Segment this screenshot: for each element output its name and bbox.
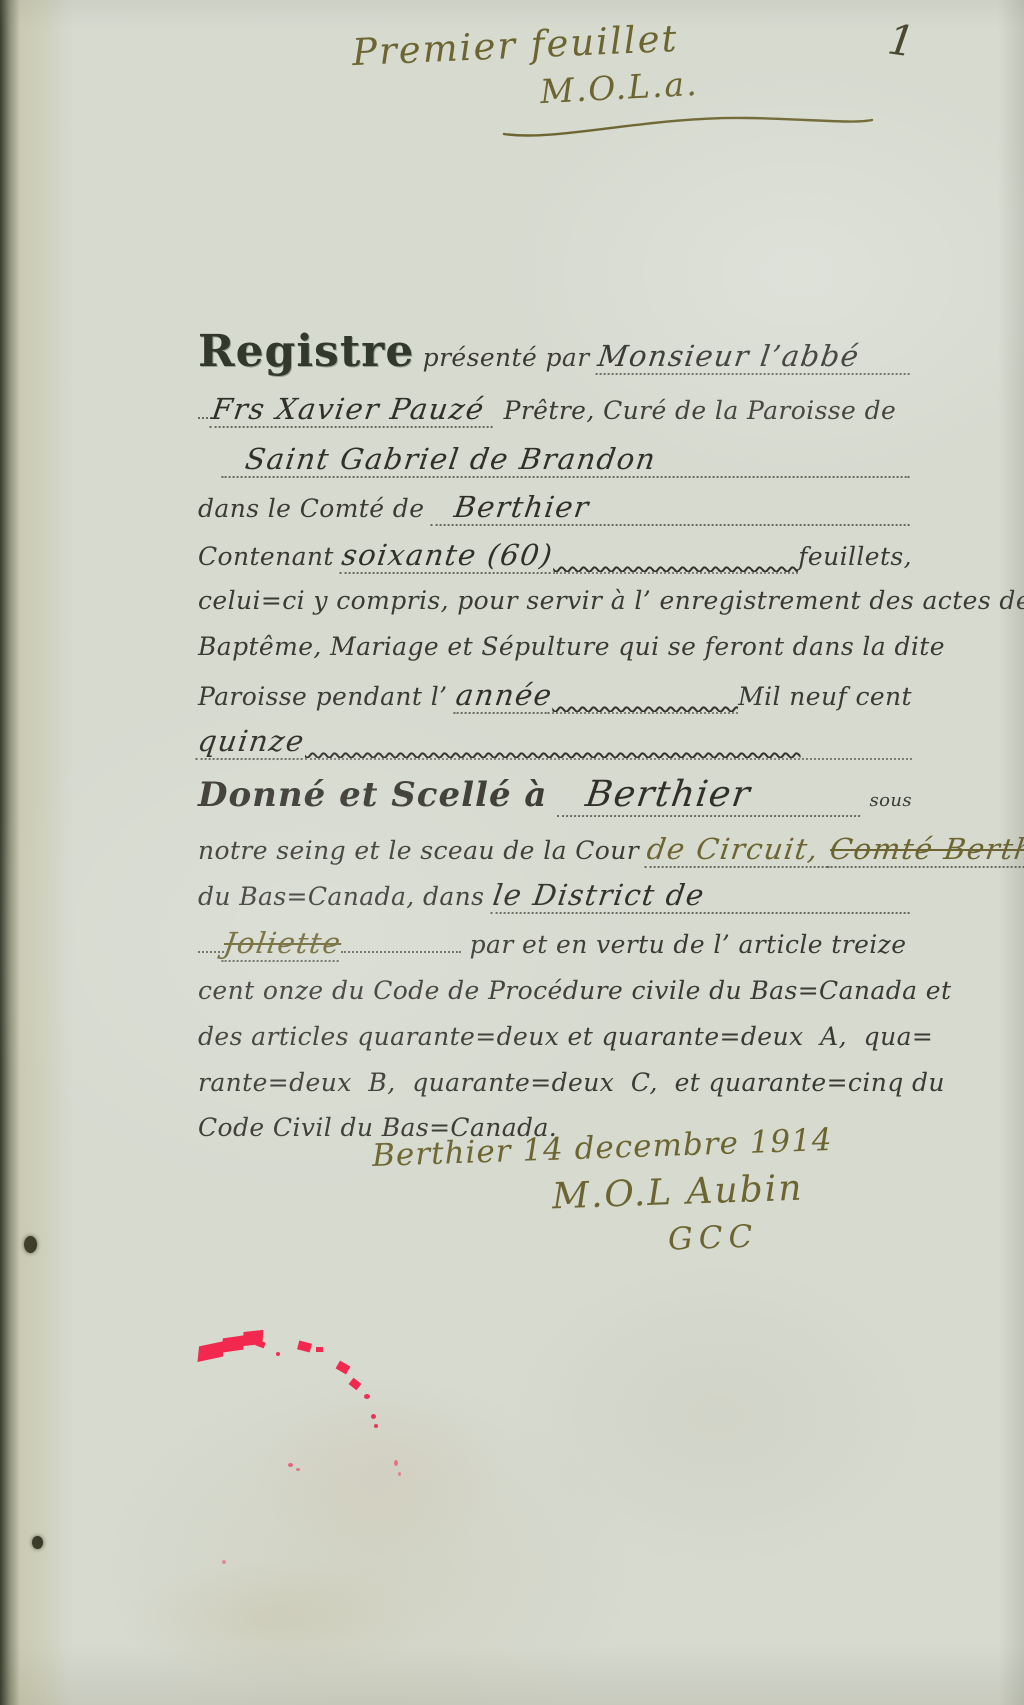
handwritten-entry: Frs Xavier Pauzé <box>209 392 497 428</box>
printed-text: sous <box>863 790 912 811</box>
printed-text: Baptême, Mariage et Sépulture qui se fer… <box>198 632 945 661</box>
handwritten-entry: quinze <box>195 724 307 760</box>
handwritten-entry: Joliette <box>221 926 343 962</box>
form-line-11: notre seing et le sceau de la Cour de Ci… <box>198 832 912 878</box>
form-line-10: Donné et Scellé à Berthier sous <box>198 774 912 832</box>
form-rule <box>341 935 461 953</box>
printed-text: des articles quarante=deux et quarante=d… <box>198 1022 933 1051</box>
ornate-word: Registre <box>198 326 414 377</box>
register-form: Registre présenté par Monsieur l’abbéFrs… <box>198 326 912 1158</box>
printed-text: cent onze du Code de Procédure civile du… <box>198 976 951 1005</box>
printed-text: celui=ci y compris, pour servir à l’ enr… <box>198 586 1024 615</box>
printed-text: Mil neuf cent <box>738 682 912 711</box>
form-line-12: du Bas=Canada, dans le District de <box>198 878 912 926</box>
form-line-4: dans le Comté de Berthier <box>198 490 912 538</box>
printed-text: rante=deux B, quarante=deux C, et quaran… <box>198 1068 945 1097</box>
form-line-2: Frs Xavier Pauzé Prêtre, Curé de la Paro… <box>198 392 912 442</box>
handwritten-entry: Comté Berthier <box>827 832 1024 868</box>
document-scan: Premier feuillet M.O.L.a. 1 Registre pré… <box>0 0 1024 1705</box>
printed-text: par et en vertu de l’ article treize <box>461 930 906 959</box>
punch-hole <box>24 1236 37 1253</box>
printed-text: feuillets, <box>798 542 912 571</box>
form-line-14: cent onze du Code de Procédure civile du… <box>198 976 912 1022</box>
form-line-16: rante=deux B, quarante=deux C, et quaran… <box>198 1068 912 1113</box>
form-line-9: quinze <box>198 724 912 774</box>
printed-text: présenté par <box>414 343 598 372</box>
printed-text: Contenant <box>198 542 342 571</box>
printed-text: notre seing et le sceau de la Cour <box>198 836 647 865</box>
printed-text: Paroisse pendant l’ <box>198 682 456 711</box>
form-line-15: des articles quarante=deux et quarante=d… <box>198 1022 912 1068</box>
handwritten-entry: de Circuit, <box>645 832 833 868</box>
page-number: 1 <box>885 14 918 66</box>
form-line-6: celui=ci y compris, pour servir à l’ enr… <box>198 586 912 632</box>
printed-text: Donné et Scellé à <box>198 775 560 815</box>
signature: M.O.L Aubin <box>551 1168 804 1218</box>
handwritten-entry: soixante (60) <box>340 538 556 574</box>
punch-hole <box>32 1536 43 1549</box>
form-line-7: Baptême, Mariage et Sépulture qui se fer… <box>198 632 912 678</box>
handwritten-entry: Berthier <box>430 490 914 526</box>
form-rule <box>198 401 212 419</box>
pen-flourish-line <box>305 728 912 760</box>
handwritten-entry: année <box>453 678 555 714</box>
signature-paraph: GCC <box>667 1218 758 1257</box>
form-line-5: Contenant soixante (60) feuillets, <box>198 538 912 586</box>
pen-flourish-line <box>552 682 738 714</box>
printed-text: du Bas=Canada, dans <box>198 882 493 911</box>
form-line-8: Paroisse pendant l’ année Mil neuf cent <box>198 678 912 724</box>
printed-text: dans le Comté de <box>198 494 433 523</box>
pen-flourish-line <box>553 542 798 574</box>
printed-text: Prêtre, Curé de la Paroisse de <box>495 396 896 425</box>
header-annotation: Premier feuillet <box>351 17 679 74</box>
handwritten-entry: Saint Gabriel de Brandon <box>221 442 914 478</box>
form-rule <box>198 935 224 953</box>
signature-flourish <box>498 96 878 142</box>
handwritten-entry: Berthier <box>557 774 866 817</box>
handwritten-entry: Monsieur l’abbé <box>595 339 914 375</box>
form-line-13: Joliette par et en vertu de l’ article t… <box>198 926 912 976</box>
form-line-3: Saint Gabriel de Brandon <box>198 442 912 490</box>
form-line-1: Registre présenté par Monsieur l’abbé <box>198 326 912 392</box>
handwritten-entry: le District de <box>490 878 914 914</box>
